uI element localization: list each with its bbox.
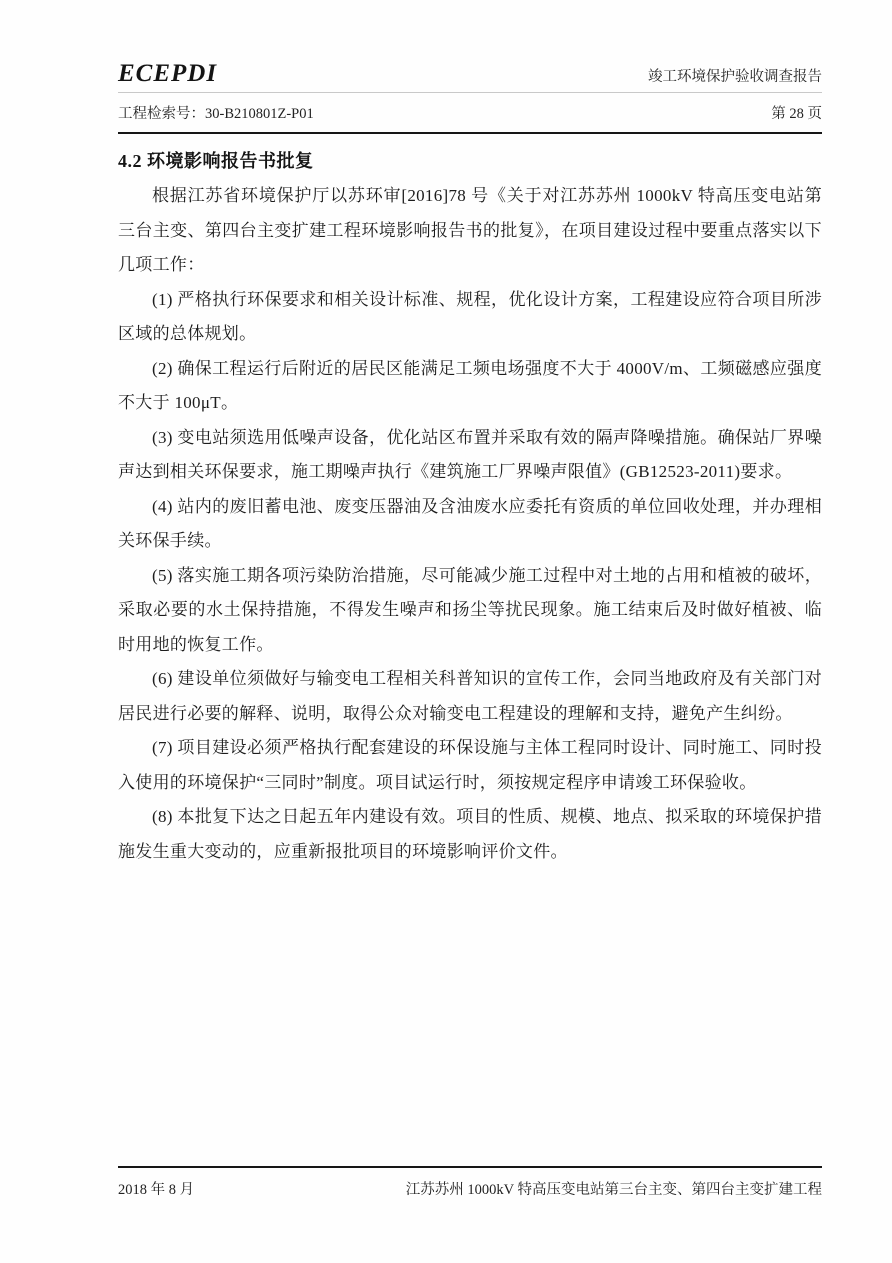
company-logo: ECEPDI: [118, 60, 217, 88]
paragraph-item-5: (5) 落实施工期各项污染防治措施，尽可能减少施工过程中对土地的占用和植被的破坏…: [118, 559, 822, 663]
footer-date: 2018 年 8 月: [118, 1178, 194, 1199]
paragraph-item-2: (2) 确保工程运行后附近的居民区能满足工频电场强度不大于 4000V/m、工频…: [118, 352, 822, 421]
paragraph-item-1: (1) 严格执行环保要求和相关设计标准、规程，优化设计方案，工程建设应符合项目所…: [118, 283, 822, 352]
body-paragraphs: 根据江苏省环境保护厅以苏环审[2016]78 号《关于对江苏苏州 1000kV …: [118, 179, 822, 869]
paragraph-item-4: (4) 站内的废旧蓄电池、废变压器油及含油废水应委托有资质的单位回收处理，并办理…: [118, 490, 822, 559]
paragraph-item-8: (8) 本批复下达之日起五年内建设有效。项目的性质、规模、地点、拟采取的环境保护…: [118, 800, 822, 869]
paragraph-item-6: (6) 建设单位须做好与输变电工程相关科普知识的宣传工作，会同当地政府及有关部门…: [118, 662, 822, 731]
page-number: 第 28 页: [771, 102, 822, 123]
page-header-bottom: 工程检索号：30-B210801Z-P01 第 28 页: [118, 93, 822, 134]
doc-index-number: 工程检索号：30-B210801Z-P01: [118, 102, 314, 123]
paragraph-item-3: (3) 变电站须选用低噪声设备，优化站区布置并采取有效的隔声降噪措施。确保站厂界…: [118, 421, 822, 490]
footer-project-name: 江苏苏州 1000kV 特高压变电站第三台主变、第四台主变扩建工程: [406, 1178, 822, 1199]
paragraph-intro: 根据江苏省环境保护厅以苏环审[2016]78 号《关于对江苏苏州 1000kV …: [118, 179, 822, 283]
section-title: 4.2 环境影响报告书批复: [118, 147, 822, 173]
page-content: ECEPDI 竣工环境保护验收调查报告 工程检索号：30-B210801Z-P0…: [118, 0, 822, 869]
page-footer: 2018 年 8 月 江苏苏州 1000kV 特高压变电站第三台主变、第四台主变…: [118, 1166, 822, 1199]
report-type-label: 竣工环境保护验收调查报告: [648, 65, 822, 86]
page-header-top: ECEPDI 竣工环境保护验收调查报告: [118, 0, 822, 93]
paragraph-item-7: (7) 项目建设必须严格执行配套建设的环保设施与主体工程同时设计、同时施工、同时…: [118, 731, 822, 800]
document-page: ECEPDI 竣工环境保护验收调查报告 工程检索号：30-B210801Z-P0…: [0, 0, 892, 1263]
